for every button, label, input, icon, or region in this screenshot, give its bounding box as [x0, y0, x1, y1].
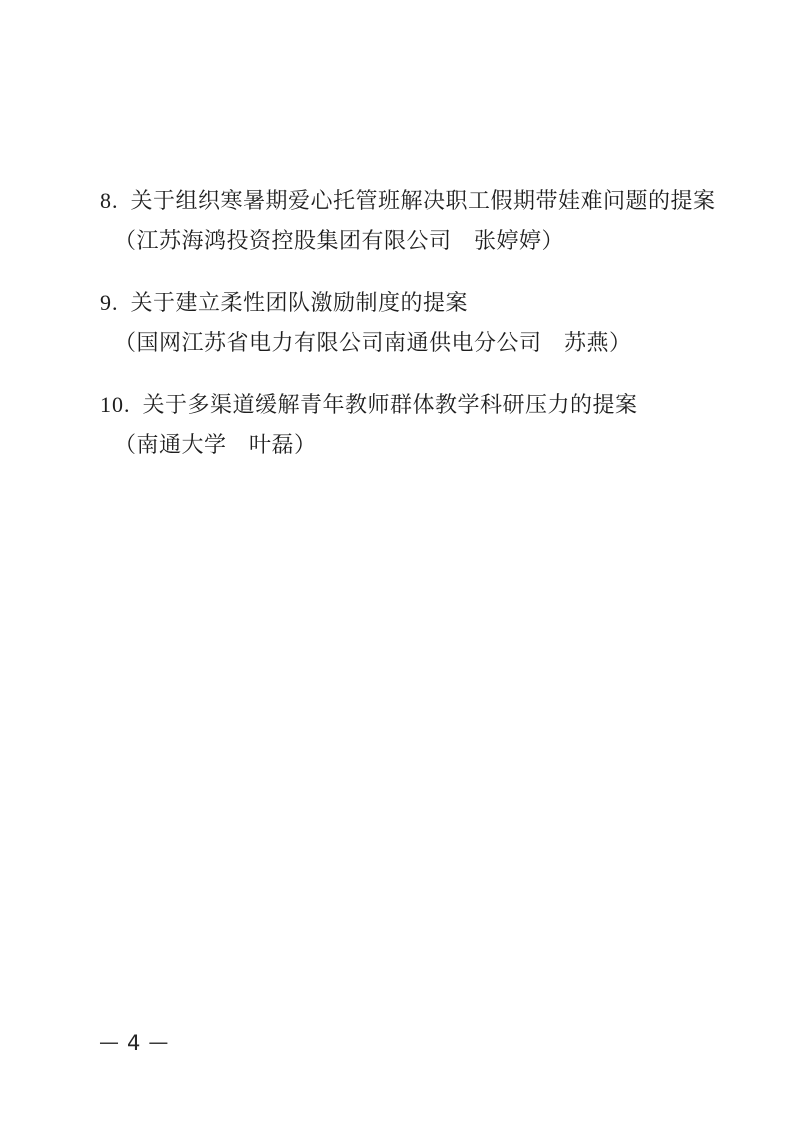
proposal-item: 10.关于多渠道缓解青年教师群体教学科研压力的提案 （南通大学 叶磊） — [100, 385, 750, 465]
proposal-title-line: 8.关于组织寒暑期爱心托管班解决职工假期带娃难问题的提案 — [100, 181, 750, 221]
document-page: 8.关于组织寒暑期爱心托管班解决职工假期带娃难问题的提案 （江苏海鸿投资控股集团… — [0, 0, 800, 1131]
page-number: 4 — [127, 1031, 140, 1055]
proposal-attribution: （南通大学 叶磊） — [114, 432, 317, 457]
proposal-title: 关于多渠道缓解青年教师群体教学科研压力的提案 — [143, 392, 638, 417]
proposal-number: 10. — [100, 385, 131, 425]
footer-right-dash: — — [148, 1030, 168, 1054]
page-footer: — 4 — — [99, 1030, 168, 1056]
proposal-number: 8. — [100, 181, 119, 221]
proposal-title: 关于建立柔性团队激励制度的提案 — [131, 290, 469, 315]
proposal-attribution-line: （国网江苏省电力有限公司南通供电分公司 苏燕） — [114, 323, 750, 363]
proposal-item: 8.关于组织寒暑期爱心托管班解决职工假期带娃难问题的提案 （江苏海鸿投资控股集团… — [100, 181, 750, 261]
proposal-attribution: （国网江苏省电力有限公司南通供电分公司 苏燕） — [114, 330, 632, 355]
proposal-item: 9.关于建立柔性团队激励制度的提案 （国网江苏省电力有限公司南通供电分公司 苏燕… — [100, 283, 750, 363]
proposal-number: 9. — [100, 283, 119, 323]
proposal-attribution-line: （南通大学 叶磊） — [114, 425, 750, 465]
footer-left-dash: — — [99, 1030, 119, 1054]
proposal-title-line: 10.关于多渠道缓解青年教师群体教学科研压力的提案 — [100, 385, 750, 425]
proposal-list: 8.关于组织寒暑期爱心托管班解决职工假期带娃难问题的提案 （江苏海鸿投资控股集团… — [100, 181, 750, 487]
proposal-attribution-line: （江苏海鸿投资控股集团有限公司 张婷婷） — [114, 221, 750, 261]
proposal-attribution: （江苏海鸿投资控股集团有限公司 张婷婷） — [114, 228, 564, 253]
proposal-title-line: 9.关于建立柔性团队激励制度的提案 — [100, 283, 750, 323]
proposal-title: 关于组织寒暑期爱心托管班解决职工假期带娃难问题的提案 — [131, 188, 716, 213]
